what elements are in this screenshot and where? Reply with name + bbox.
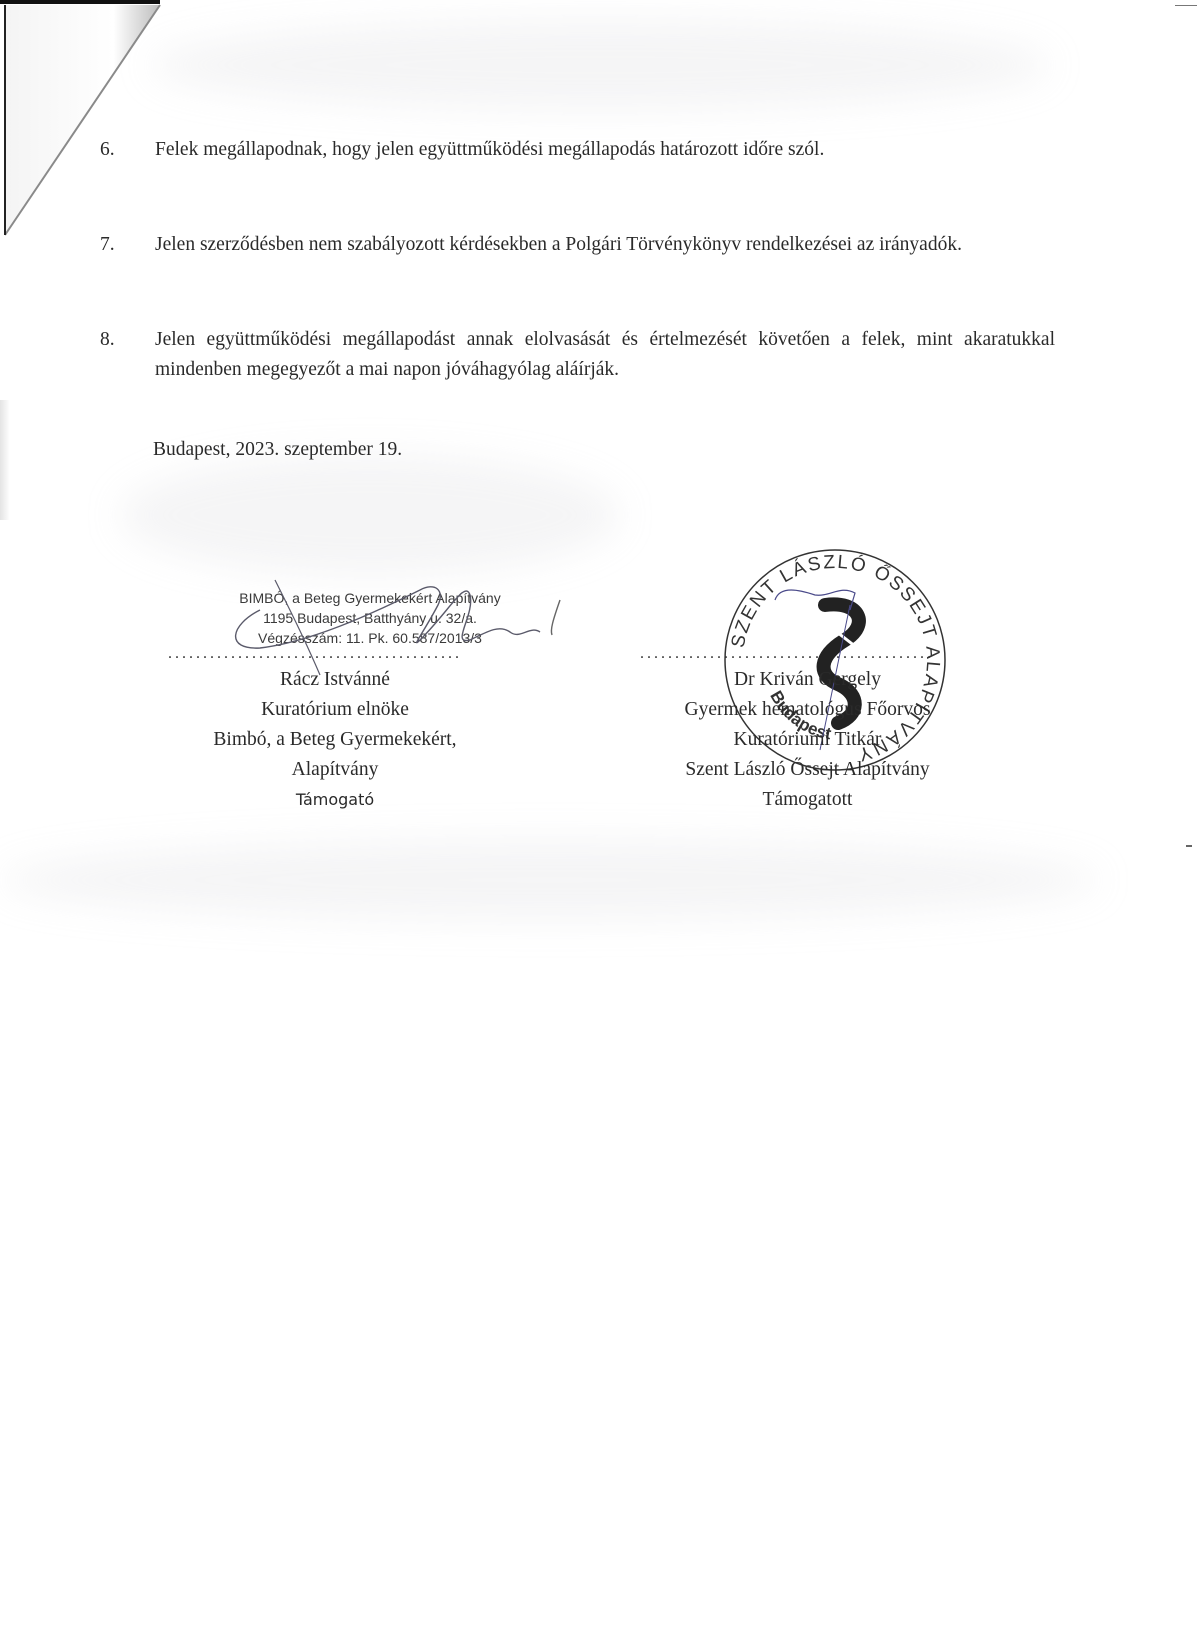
scan-mark [1175,5,1197,6]
scan-mark [1186,845,1192,847]
scan-smudge [150,20,1050,110]
signatory-org: Alapítvány [165,755,505,785]
clause-8: 8. Jelen együttműködési megállapodást an… [100,325,1060,385]
signatory-org: Bimbó, a Beteg Gyermekekért, [165,725,505,755]
folded-corner [0,0,170,250]
signatory-name: Rácz Istvánné [165,665,505,695]
clause-number: 8. [100,325,140,355]
scan-smudge [0,840,1100,920]
scan-smudge [120,455,620,575]
document-page: 6. Felek megállapodnak, hogy jelen együt… [0,0,1200,1650]
signature-line-left: ........................................… [168,645,462,663]
signatory-name: Dr Kriván Gergely [620,665,995,695]
signatory-org: Szent László Őssejt Alapítvány [620,755,995,785]
signatory-title: Kuratórium elnöke [165,695,505,725]
signatory-right: Dr Kriván Gergely Gyermek hematológus Fő… [620,665,995,815]
clause-text: Jelen együttműködési megállapodást annak… [155,325,1055,385]
handwritten-signature-left [220,570,570,680]
clause-7: 7. Jelen szerződésben nem szabályozott k… [100,230,1060,290]
signatory-title: Gyermek hematológus Főorvos [620,695,995,725]
clause-text: Felek megállapodnak, hogy jelen együttmű… [155,135,824,165]
clause-number: 6. [100,135,140,165]
signatory-role: Támogatott [620,785,995,815]
signatory-role: Támogató [165,785,505,815]
clause-number: 7. [100,230,140,260]
signatory-left: Rácz Istvánné Kuratórium elnöke Bimbó, a… [165,665,505,815]
clause-text: Jelen szerződésben nem szabályozott kérd… [155,230,1055,260]
signatory-position: Kuratóriumi Titkár [620,725,995,755]
scan-shadow [0,400,10,520]
place-and-date: Budapest, 2023. szeptember 19. [153,435,402,465]
